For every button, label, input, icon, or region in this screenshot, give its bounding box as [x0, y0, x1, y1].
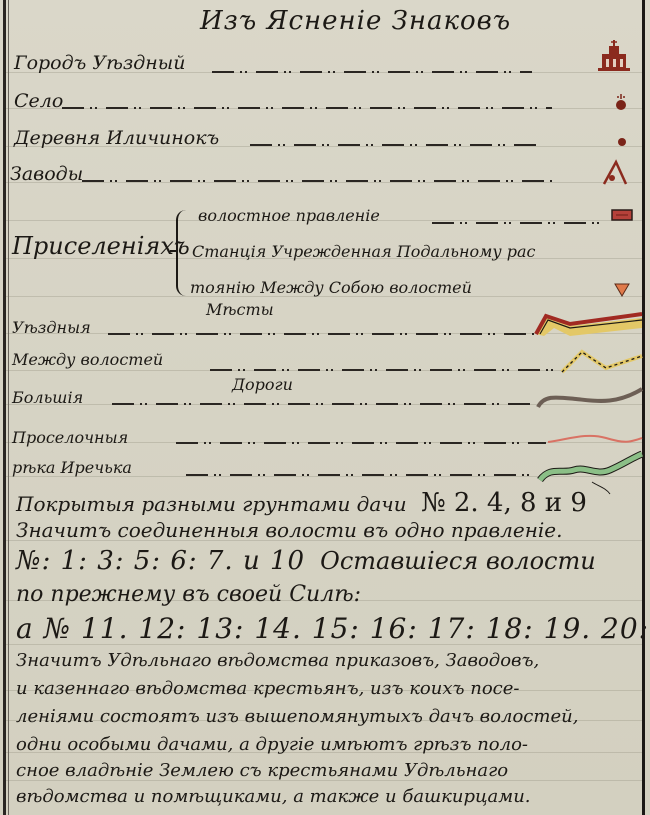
legend-label-main-road: Большія [12, 388, 83, 407]
note-line-7: и казеннаго вѣдомства крестьянъ, изъ кои… [16, 678, 519, 699]
legend-label-volost-border: Между волостей [12, 350, 163, 369]
leader-dashes [112, 403, 536, 405]
village-church-icon [614, 92, 628, 112]
note-line-1: Покрытыя разными грунтами дачи № 2. 4, 8… [16, 488, 587, 518]
leader-dashes [210, 369, 560, 371]
legend-label-country-road: Проселочныя [12, 428, 128, 447]
legend-label-district-border: Уѣздныя [12, 318, 91, 337]
note-text: Оставшіеся волости [320, 547, 596, 575]
leader-dashes [82, 180, 552, 182]
leader-dashes [62, 107, 552, 109]
note-line-3: №: 1: 3: 5: 6: 7. и 10 Оставшіеся волост… [16, 546, 596, 576]
note-line-10: сное владѣніе Землею съ крестьянами Удѣл… [16, 760, 508, 781]
legend-label-volost-board: волостное правленіе [198, 206, 380, 225]
leader-dashes [176, 442, 546, 444]
note-line-9: одни особыми дачами, а другіе имѣютъ грѣ… [16, 734, 528, 755]
legend-label-river: рѣка Иречька [12, 458, 132, 477]
leader-dashes [250, 144, 540, 146]
country-road-line [546, 430, 644, 450]
brace-tip [170, 250, 178, 252]
volost-board-icon [610, 208, 636, 222]
main-road-line [536, 385, 644, 413]
leader-dashes [108, 333, 534, 335]
roads-heading: Дороги [232, 375, 293, 394]
legend-label-station-2: тоянію Между Собою волостей [190, 278, 472, 297]
note-line-11: вѣдомства и помѣщиками, а также и башкир… [16, 786, 531, 807]
district-border-line [534, 308, 644, 338]
ruled-line [6, 182, 642, 183]
page-border-left-inner [8, 0, 9, 815]
note-numbers: № 2. 4, 8 и 9 [421, 488, 587, 518]
town-icon [596, 40, 636, 80]
manuscript-page: Изъ Ясненіе Знаковъ Городъ Уѣздный Село … [0, 0, 650, 815]
legend-label-factory: Заводы [10, 163, 83, 185]
page-border-left [3, 0, 6, 815]
note-numbers: №: 1: 3: 5: 6: 7. и 10 [16, 546, 305, 576]
factory-triangle-icon [600, 160, 630, 186]
leader-dashes [432, 222, 602, 224]
hamlet-dot-icon [616, 136, 628, 148]
note-line-8: леніями состоятъ изъ вышепомянутыхъ дачъ… [16, 706, 578, 727]
legend-label-hamlet: Деревня Иличинокъ [14, 127, 219, 149]
note-line-4: по прежнему въ своей Силѣ: [16, 582, 361, 607]
legend-group-label: Приселеніяхъ [12, 232, 190, 260]
legend-label-station-1: Станція Учрежденная Подальному рас [192, 242, 535, 261]
leader-dashes [186, 474, 536, 476]
legend-label-village: Село [14, 90, 63, 112]
note-line-6: Значитъ Удѣльнаго вѣдомства приказовъ, З… [16, 650, 539, 671]
note-text: Покрытыя разными грунтами дачи [16, 492, 407, 516]
leader-dashes [212, 71, 532, 73]
document-title: Изъ Ясненіе Знаковъ [200, 6, 511, 36]
legend-label-places: Мѣсты [206, 300, 274, 319]
volost-border-line [560, 346, 644, 376]
note-line-2: Значитъ соединенныя волости въ одно прав… [16, 518, 562, 542]
legend-label-town: Городъ Уѣздный [14, 52, 186, 74]
note-line-5: а № 11. 12: 13: 14. 15: 16: 17: 18: 19. … [16, 612, 650, 645]
station-triangle-icon [614, 282, 630, 298]
